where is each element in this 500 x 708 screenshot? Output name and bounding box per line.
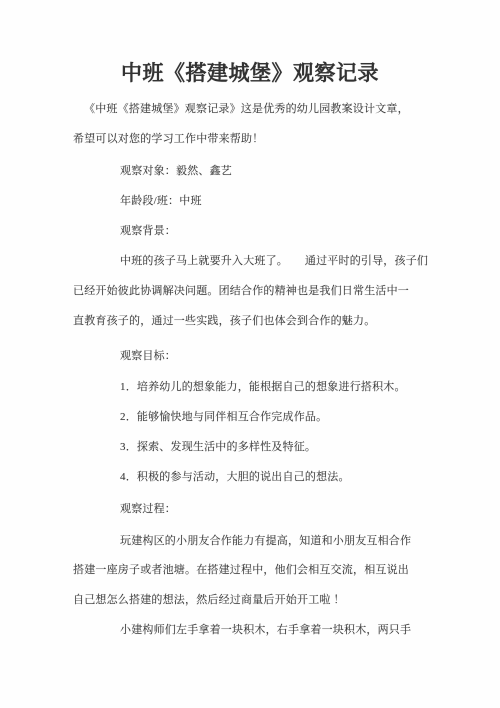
- text-line: 玩建构区的小朋友合作能力有提高，知道和小朋友互相合作: [120, 535, 411, 548]
- text-line: 观察背景：: [120, 225, 176, 238]
- text-line: 4．积极的参与活动，大胆的说出自己的想法。: [120, 471, 350, 484]
- text-line: 《中班《搭建城堡》观察记录》这是优秀的幼儿园教案设计文章，: [84, 103, 409, 116]
- text-line: 已经开始彼此协调解决问题。团结合作的精神也是我们日常生活中一: [73, 285, 409, 298]
- text-line: 2．能够愉快地与同伴相互合作完成作品。: [120, 411, 327, 424]
- text-line: 观察对象：毅然、鑫艺: [120, 165, 232, 178]
- document-page: 中班《搭建城堡》观察记录 《中班《搭建城堡》观察记录》这是优秀的幼儿园教案设计文…: [0, 0, 500, 708]
- text-line: 希望可以对您的学习工作中带来帮助！: [73, 133, 263, 146]
- text-line: 年龄段/班：中班: [120, 195, 202, 208]
- text-line: 1．培养幼儿的想象能力，能根据自己的想象进行搭积木。: [120, 381, 406, 394]
- text-line: 中班的孩子马上就要升入大班了。 通过平时的引导，孩子们: [120, 255, 428, 268]
- text-line: 观察过程：: [120, 503, 176, 516]
- text-line: 直教育孩子的，通过一些实践，孩子们也体会到合作的魅力。: [73, 315, 375, 328]
- text-line: 自己想怎么搭建的想法，然后经过商量后开始开工啦 ！: [73, 594, 345, 607]
- text-line: 观察目标：: [120, 350, 176, 363]
- document-body: 《中班《搭建城堡》观察记录》这是优秀的幼儿园教案设计文章，希望可以对您的学习工作…: [0, 0, 500, 708]
- text-line: 搭建一座房子或者池塘。在搭建过程中，他们会相互交流，相互说出: [73, 564, 409, 577]
- text-line: 小建构师们左手拿着一块积木，右手拿着一块积木，两只手: [120, 624, 411, 637]
- text-line: 3．探索、发现生活中的多样性及特征。: [120, 441, 316, 454]
